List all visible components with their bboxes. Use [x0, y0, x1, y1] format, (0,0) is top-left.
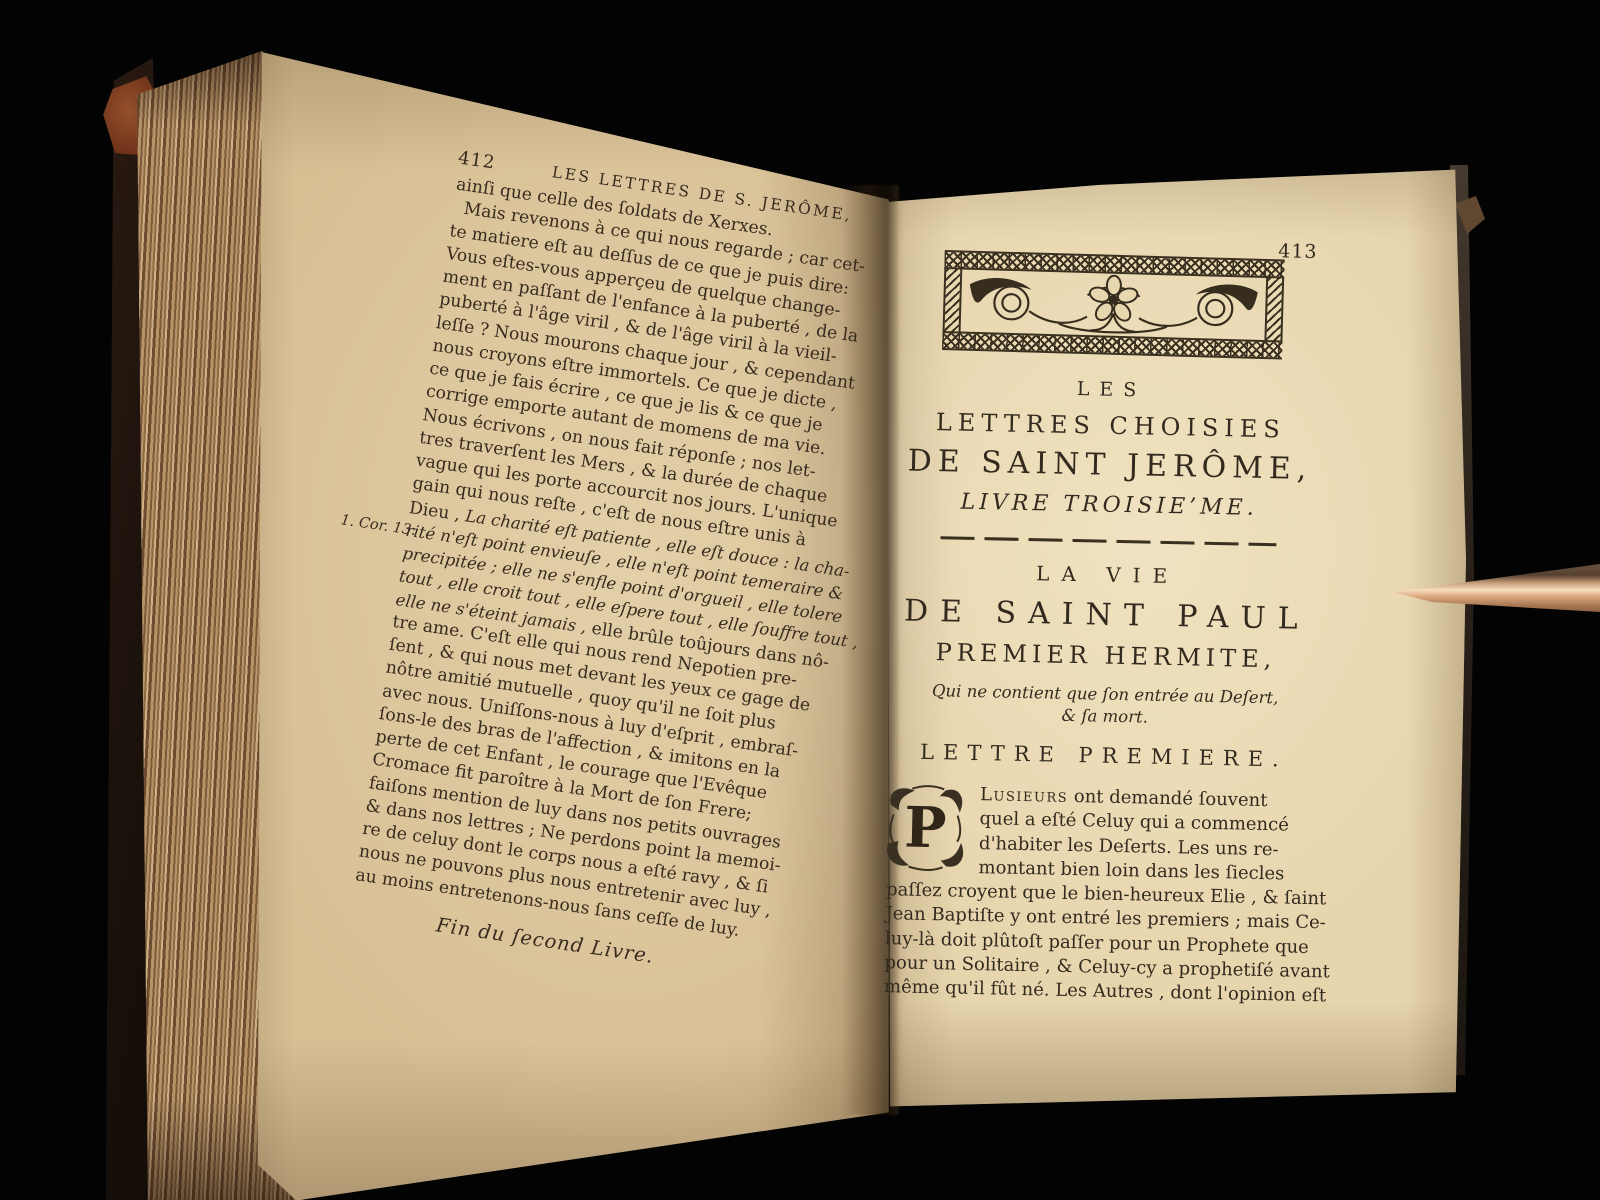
title-line-3: LIVRE TROISIE’ME.	[880, 488, 1338, 523]
ornament-floral-core	[959, 270, 1269, 339]
title-line-2: DE SAINT JERÔME,	[881, 443, 1340, 488]
right-page-text: 413	[870, 224, 1344, 1009]
book-photograph: 412 LES LETTRES DE S. JERÔME, 1. Cor. 13…	[0, 0, 1600, 1200]
letter-heading: LETTRE PREMIERE.	[875, 739, 1333, 773]
paragraph-indented-lines: Lusieurs ont demandé ſouventquel a eſté …	[978, 783, 1332, 888]
dashed-rule	[940, 536, 1276, 546]
title-kicker: LES	[882, 374, 1340, 406]
drop-cap-initial: P	[884, 784, 966, 872]
drop-cap-letter: P	[884, 784, 966, 872]
first-paragraph: P Lusieurs ont demandé ſouventquel a eſt…	[870, 781, 1332, 1009]
section-premier-hermite: PREMIER HERMITE,	[877, 637, 1335, 675]
floral-woodcut-svg	[959, 270, 1269, 339]
title-line-1: LETTRES CHOISIES	[882, 407, 1340, 445]
headpiece-ornament	[942, 250, 1285, 359]
paragraph-full-lines: paſſez croyent que le bien-heureux Elie …	[884, 878, 1330, 1009]
left-page-number: 412	[457, 147, 497, 173]
section-de-saint-paul: DE SAINT PAUL	[878, 593, 1337, 638]
section-la-vie: LA VIE	[879, 558, 1337, 592]
section-subtitle: Qui ne contient que ſon entrée au Deſert…	[876, 679, 1335, 733]
